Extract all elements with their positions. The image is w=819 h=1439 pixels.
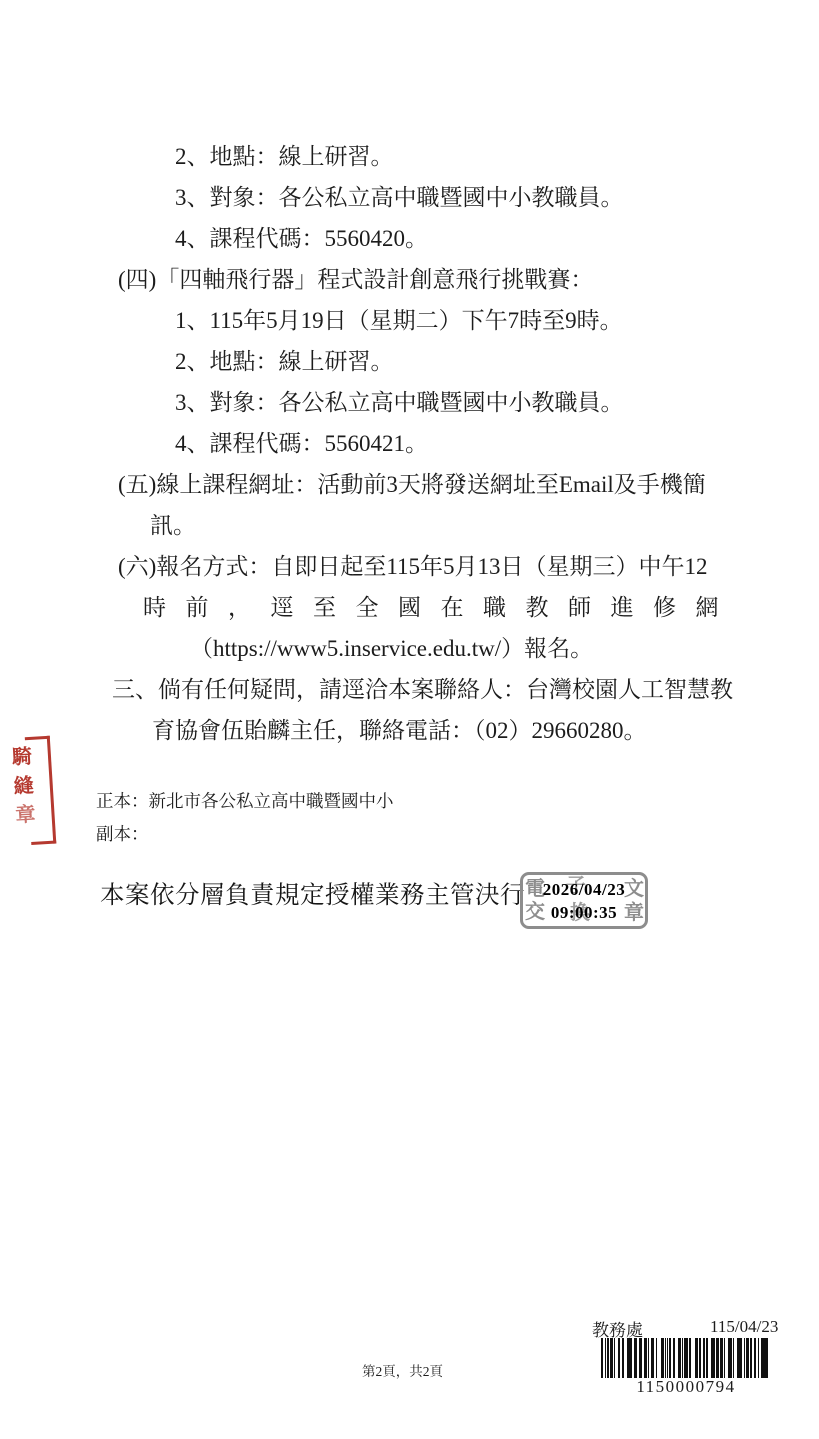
stamp-date: 2026/04/23 [523, 878, 645, 901]
barcode-number: 1150000794 [601, 1377, 771, 1397]
barcode [601, 1338, 771, 1378]
seam-seal-char: 章 [14, 801, 38, 831]
body-line: 訊。 [105, 505, 725, 546]
body-line: （https://www5.inservice.edu.tw/）報名。 [105, 628, 725, 669]
body-line: (六)報名方式：自即日起至115年5月13日（星期三）中午12 [105, 546, 725, 587]
original-recipient-line: 正本：新北市各公私立高中職暨國中小 [96, 785, 394, 818]
body-line: 3、對象：各公私立高中職暨國中小教職員。 [105, 177, 725, 218]
body-line: 1、115年5月19日（星期二）下午7時至9時。 [105, 300, 725, 341]
body-line: 三、倘有任何疑問，請逕洽本案聯絡人：台灣校園人工智慧教 [105, 669, 725, 710]
stamp-time: 09:00:35 [523, 901, 645, 924]
page-number-info: 第2頁，共2頁 [362, 1360, 443, 1380]
body-line: 2、地點：線上研習。 [105, 341, 725, 382]
body-line: (四)「四軸飛行器」程式設計創意飛行挑戰賽： [105, 259, 725, 300]
cc-recipient-line: 副本： [96, 818, 394, 851]
stamp-datetime-text: 2026/04/23 09:00:35 [523, 878, 645, 924]
body-line: 4、課程代碼：5560420。 [105, 218, 725, 259]
document-page: { "document": { "body_lines": [ {"text":… [0, 0, 819, 1439]
footer-date: 115/04/23 [710, 1317, 778, 1337]
authorization-line: 本案依分層負責規定授權業務主管決行 [100, 876, 525, 911]
body-line: 3、對象：各公私立高中職暨國中小教職員。 [105, 382, 725, 423]
body-line: 育協會伍貽麟主任，聯絡電話：（02）29660280。 [105, 710, 725, 751]
seam-seal-char: 縫 [12, 772, 36, 802]
electronic-exchange-stamp: 電 子 文 交 換 章 2026/04/23 09:00:35 [520, 872, 648, 929]
body-line: 4、課程代碼：5560421。 [105, 423, 725, 464]
body-line: 時前，逕至全國在職教師進修網 [105, 587, 725, 628]
body-text: 2、地點：線上研習。3、對象：各公私立高中職暨國中小教職員。4、課程代碼：556… [105, 136, 725, 751]
body-line: (五)線上課程網址：活動前3天將發送網址至Email及手機簡 [105, 464, 725, 505]
seam-seal-char: 騎 [10, 743, 34, 773]
copy-recipients-block: 正本：新北市各公私立高中職暨國中小 副本： [96, 785, 394, 851]
seam-seal-stamp: 騎 縫 章 [2, 733, 59, 848]
body-line: 2、地點：線上研習。 [105, 136, 725, 177]
